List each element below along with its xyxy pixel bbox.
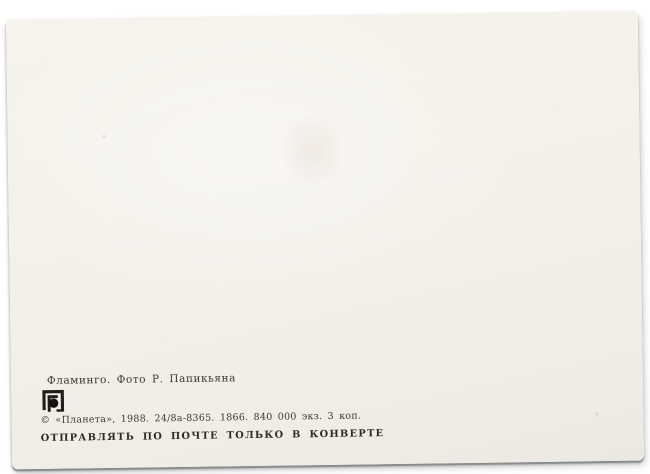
paper-specks — [6, 19, 7, 20]
postcard-imprint: Фламинго. Фото Р. Папикьяна © «Планета»,… — [40, 370, 385, 445]
paper-smudge — [282, 115, 343, 186]
photo-backdrop: Фламинго. Фото Р. Папикьяна © «Планета»,… — [0, 0, 650, 474]
mailing-instruction-line: ОТПРАВЛЯТЬ ПО ПОЧТЕ ТОЛЬКО В КОНВЕРТЕ — [41, 428, 385, 445]
caption-line: Фламинго. Фото Р. Папикьяна — [47, 370, 384, 387]
planeta-publisher-logo-icon — [42, 390, 64, 412]
copyright-edition-line: © «Планета», 1988. 24/8а-8365. 1866. 840… — [40, 410, 384, 426]
postcard-back: Фламинго. Фото Р. Папикьяна © «Планета»,… — [6, 11, 644, 470]
